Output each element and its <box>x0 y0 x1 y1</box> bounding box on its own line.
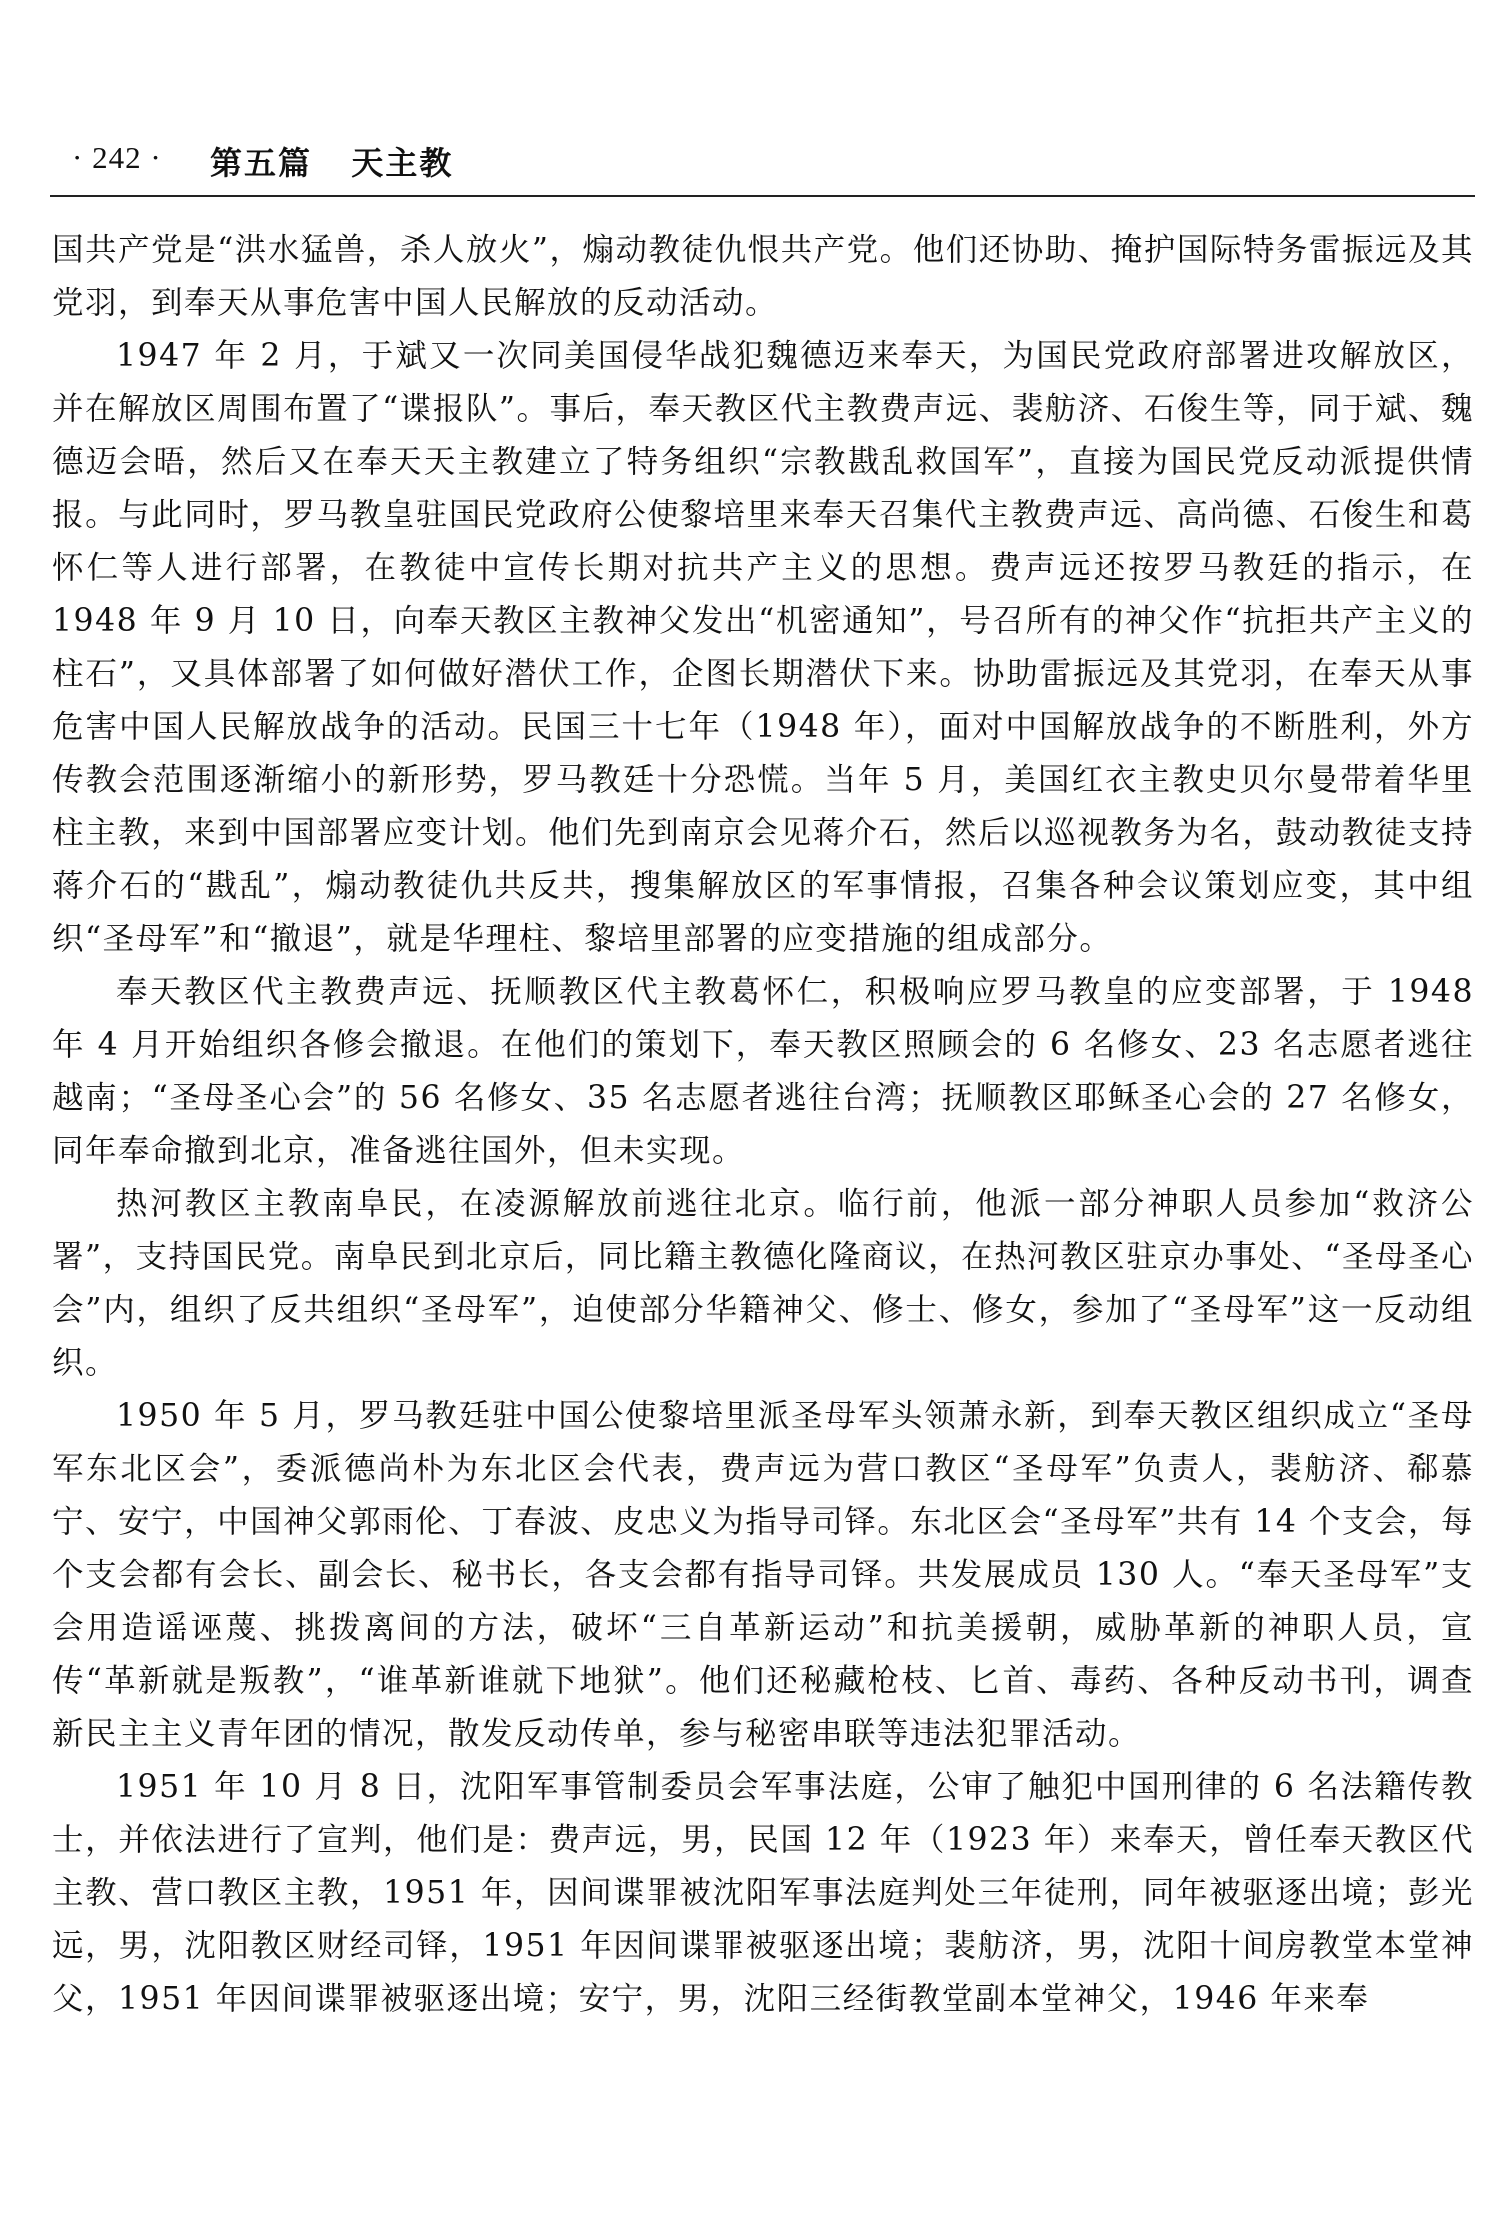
body-text: 国共产党是“洪水猛兽，杀人放火”，煽动教徒仇恨共产党。他们还协助、掩护国际特务雷… <box>52 224 1474 2026</box>
page-header: · 242 · 第五篇 天主教 <box>50 140 1475 196</box>
paragraph: 国共产党是“洪水猛兽，杀人放火”，煽动教徒仇恨共产党。他们还协助、掩护国际特务雷… <box>52 224 1474 330</box>
header-rule <box>50 195 1475 197</box>
running-title: 第五篇 天主教 <box>210 138 453 184</box>
page-number: · 242 · <box>72 140 162 176</box>
paragraph: 1947 年 2 月，于斌又一次同美国侵华战犯魏德迈来奉天，为国民党政府部署进攻… <box>52 330 1474 966</box>
paragraph: 1950 年 5 月，罗马教廷驻中国公使黎培里派圣母军头领萧永新，到奉天教区组织… <box>52 1390 1474 1761</box>
paragraph: 1951 年 10 月 8 日，沈阳军事管制委员会军事法庭，公审了触犯中国刑律的… <box>52 1761 1474 2026</box>
paragraph: 奉天教区代主教费声远、抚顺教区代主教葛怀仁，积极响应罗马教皇的应变部署，于 19… <box>52 966 1474 1178</box>
paragraph: 热河教区主教南阜民，在凌源解放前逃往北京。临行前，他派一部分神职人员参加“救济公… <box>52 1178 1474 1390</box>
